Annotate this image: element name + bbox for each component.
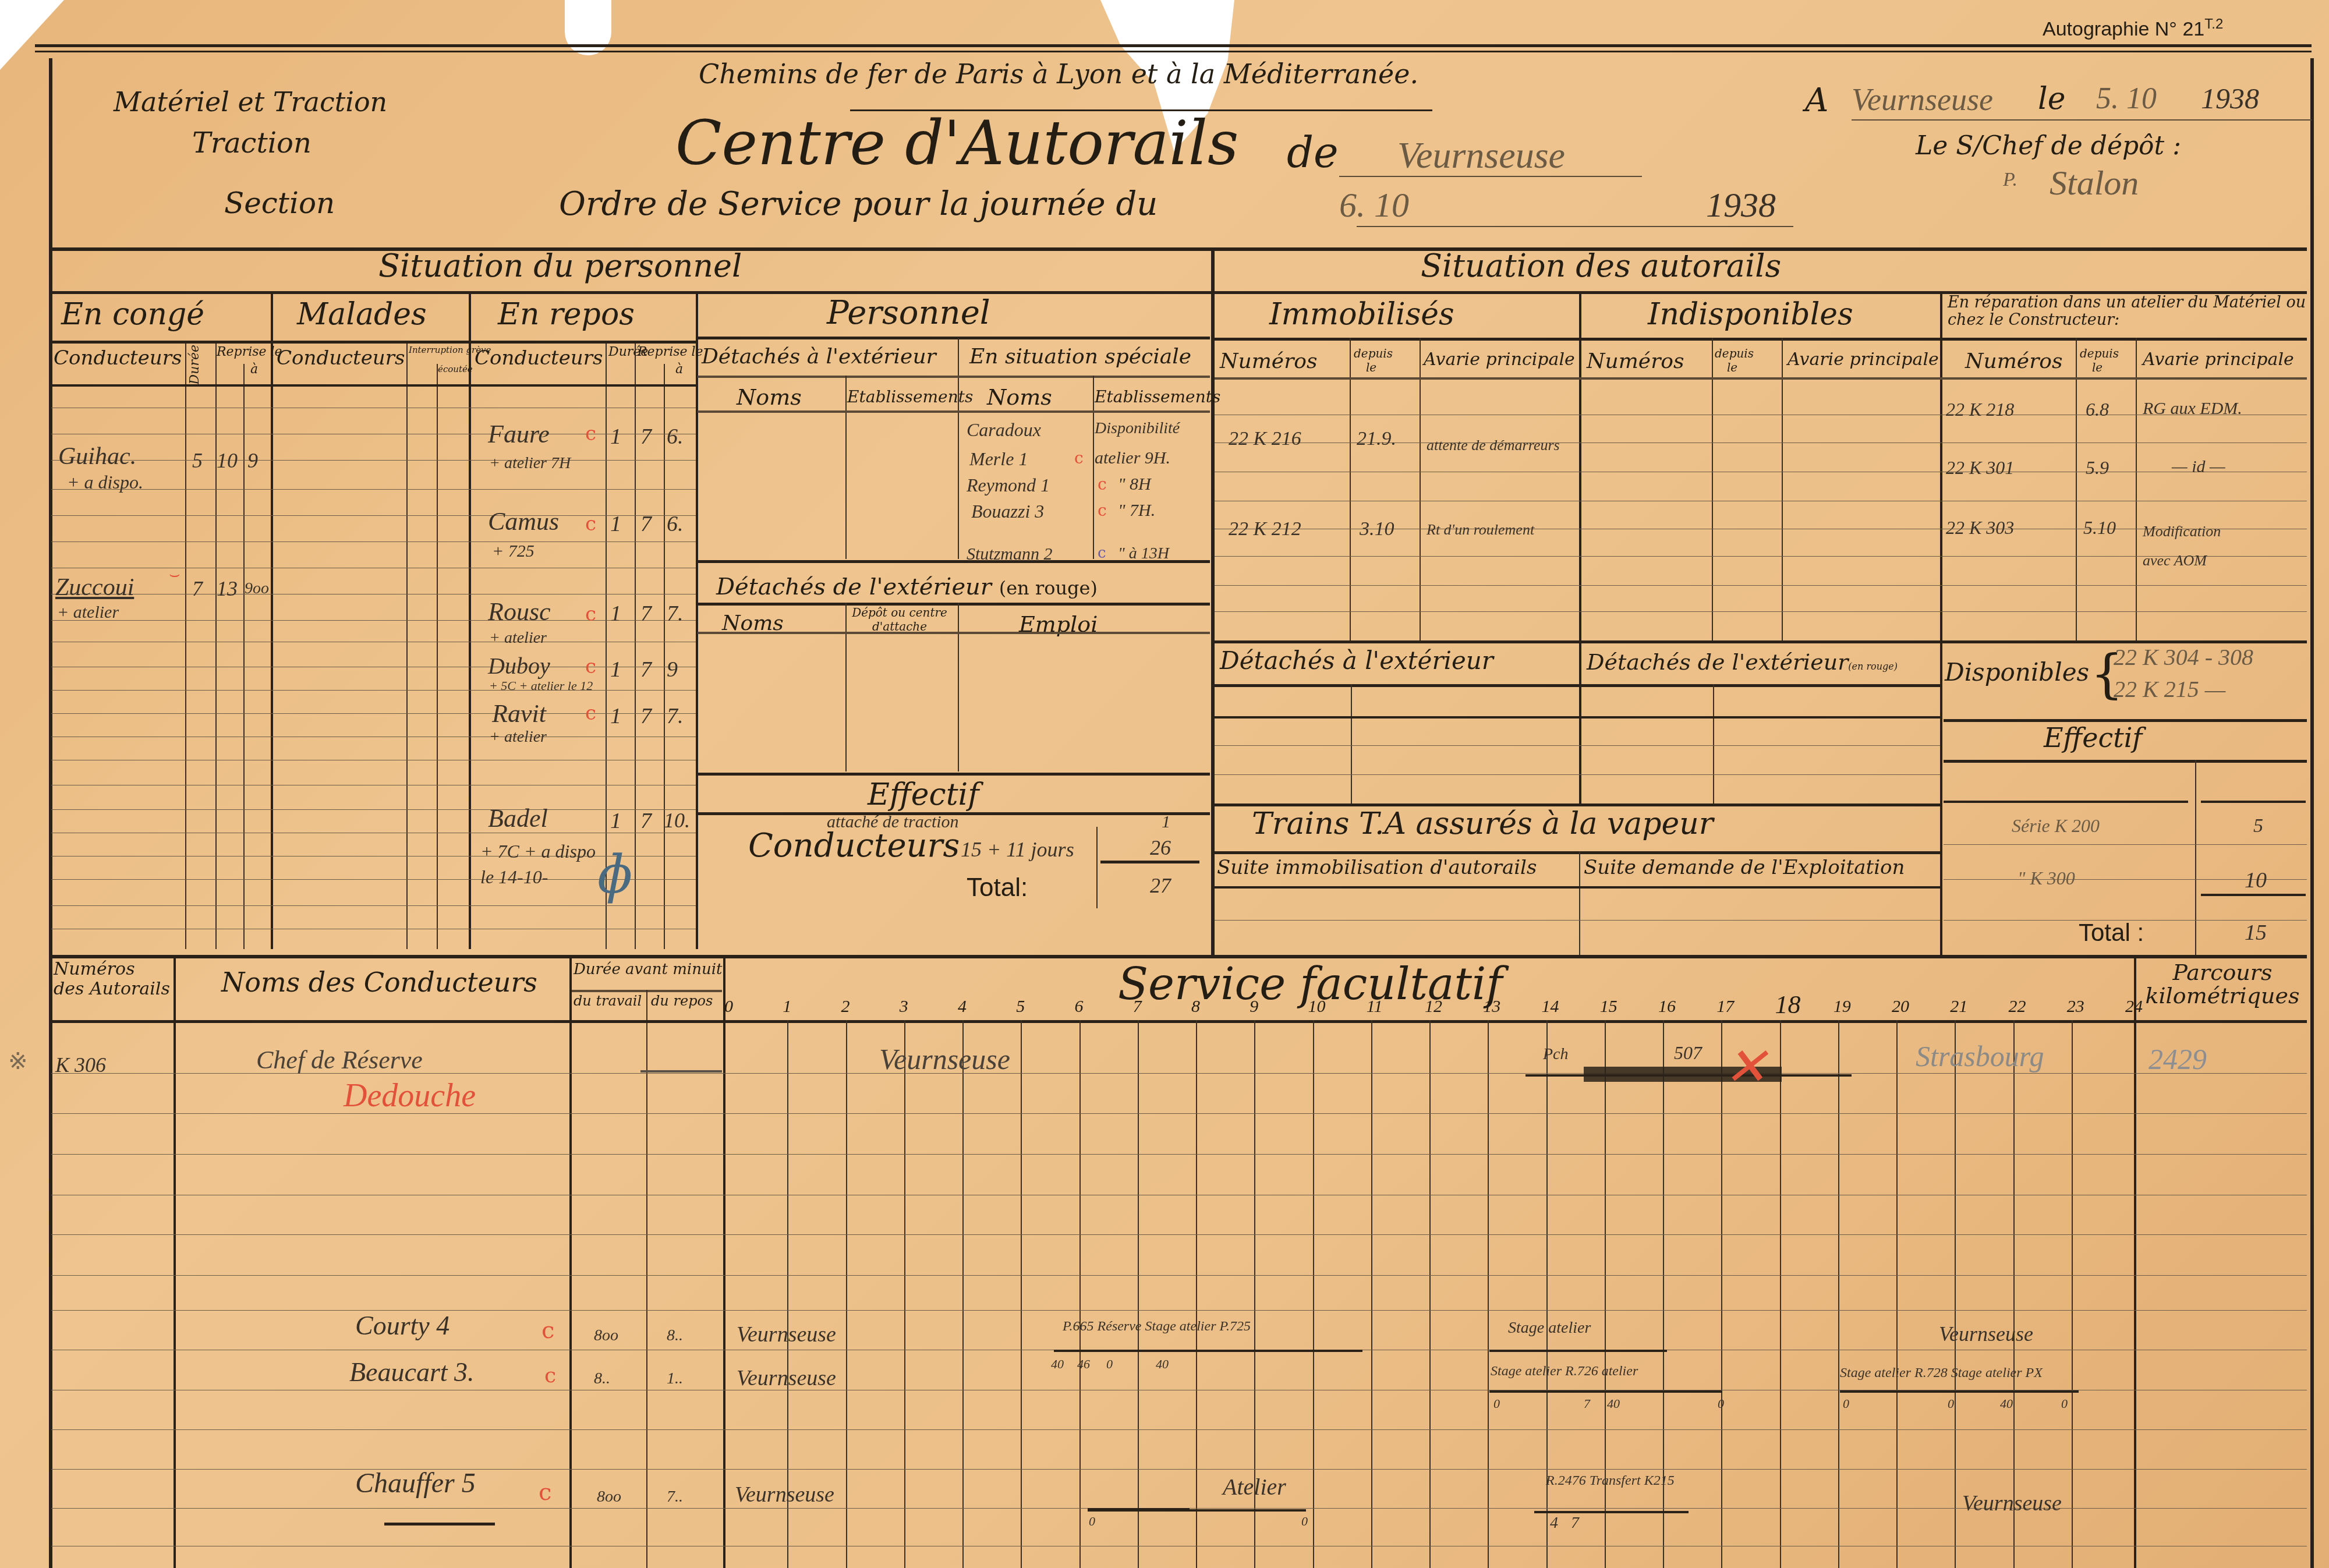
ruled-line [1215, 920, 1940, 921]
purple-check-mark: c [1098, 544, 1106, 562]
v-line [845, 376, 847, 559]
effectif-row-label: Série K 200 [2012, 815, 2100, 837]
indisponibles-title: Indisponibles [1648, 297, 1853, 332]
order-underline [1357, 226, 1793, 227]
ruled-line [51, 1275, 2307, 1276]
speciale-name: Bouazzi 3 [971, 501, 1044, 522]
red-cross-mark: ✕ [1723, 1036, 1767, 1098]
autographie-number: Autographie N° 21T.2 [2043, 16, 2223, 41]
v-line [958, 338, 959, 559]
autorails-detaches-a-title: Détachés à l'extérieur [1220, 646, 1493, 675]
effectif-total-value: 27 [1150, 873, 1171, 898]
ruled-line [51, 713, 696, 714]
speciale-etab: " 8H [1118, 475, 1151, 494]
hour-grid-line [1079, 1020, 1081, 1568]
v-line [437, 364, 438, 949]
hour-grid-line [1955, 1020, 1956, 1568]
conge-col-reprise: Reprise le [217, 345, 282, 359]
time-mark: 0 [1843, 1396, 1849, 1411]
red-check-mark: c [585, 512, 596, 536]
rule [698, 632, 1210, 634]
ruled-line [51, 620, 696, 621]
rule [1215, 886, 1940, 889]
ruled-line [51, 1195, 2307, 1195]
place-date-place: Veurnseuse [1852, 82, 1993, 118]
repos-duree: 1 [610, 808, 621, 834]
signatory-prefix: P. [2003, 169, 2017, 191]
v-line [723, 955, 725, 1568]
hour-tick-label: 10 [1308, 997, 1326, 1017]
service-name: Chauffer 5 [355, 1467, 476, 1499]
repos-reprise-le: 7 [640, 601, 652, 627]
rule [698, 560, 1210, 563]
rule [1944, 760, 2307, 763]
en-reparation-title: En réparation dans un atelier du Matérie… [1948, 294, 2309, 329]
time-mark: 0 [1106, 1357, 1113, 1372]
hour-tick-label: 7 [1133, 997, 1142, 1017]
v-line [406, 344, 408, 949]
immo-numero: 22 K 212 [1229, 518, 1301, 540]
ruled-line [51, 785, 696, 785]
hour-grid-line [2072, 1020, 2073, 1568]
v-line [2134, 958, 2136, 1568]
service-timeline-right: Veurnseuse [1962, 1491, 2062, 1516]
ruled-line [51, 1154, 2307, 1155]
service-name: Chef de Réserve [256, 1045, 423, 1075]
hour-grid-line [1313, 1020, 1314, 1568]
repos-name: Ravit [492, 699, 546, 728]
effectif-row-value: 5 [2253, 815, 2263, 837]
v-line [2076, 338, 2077, 640]
hour-grid-line [1196, 1020, 1197, 1568]
repos-col-conducteurs: Conducteurs [475, 346, 603, 370]
detaches-a-col-noms: Noms [737, 384, 802, 410]
red-check-mark: ⌣ [169, 565, 180, 585]
train-line [1088, 1509, 1306, 1512]
v-line [635, 344, 636, 949]
effectif-row-label: " K 300 [2017, 868, 2075, 889]
malades-col-ecoutee: écoutée [438, 364, 473, 374]
red-check-mark: c [1098, 475, 1107, 494]
v-line [1350, 338, 1351, 640]
hour-grid-line [1138, 1020, 1139, 1568]
repos-col-reprise: Reprise le [638, 345, 703, 359]
signatory-label: Le S/Chef de dépôt : [1916, 131, 2181, 161]
red-check-mark: c [539, 1479, 551, 1506]
hour-tick-label: 22 [2009, 997, 2026, 1017]
rule [1944, 801, 2188, 803]
ruled-line [1215, 585, 2307, 586]
repos-note: + 7C + a dispo le 14-10- [480, 838, 597, 890]
rule [1100, 861, 1199, 863]
effectif-conducteurs-label: Conducteurs [748, 827, 960, 865]
rule [698, 410, 1210, 413]
hour-tick-label: 4 [958, 997, 967, 1017]
speciale-col-noms: Noms [987, 384, 1052, 410]
ruled-line [51, 737, 696, 737]
en-conge-title: En congé [61, 297, 204, 332]
hour-tick-label: 0 [724, 997, 733, 1017]
hour-tick-label: 18 [1775, 990, 1801, 1020]
v-line [646, 990, 647, 1568]
v-line [243, 364, 245, 949]
service-timeline-right: Stage atelier R.728 Stage atelier PX [1840, 1365, 2043, 1381]
service-timeline-right: Strasbourg [1916, 1039, 2044, 1073]
header-rule-top [35, 44, 2312, 47]
red-check-mark: c [1074, 448, 1084, 468]
effectif-row-value: 10 [2245, 868, 2267, 893]
v-line [2136, 338, 2137, 640]
v-line [215, 344, 217, 949]
hour-tick-label: 12 [1425, 997, 1442, 1017]
hour-grid-line [904, 1020, 905, 1568]
repos-reprise-le: 7 [640, 424, 652, 449]
speciale-name: Caradoux [967, 419, 1041, 441]
service-timeline-mid: Stage atelier R.726 atelier [1491, 1364, 1638, 1379]
hour-grid-line [1780, 1020, 1781, 1568]
malades-col-conducteurs: Conducteurs [277, 346, 405, 370]
dept-line-3: Section [224, 186, 335, 220]
dept-line-1: Matériel et Traction [114, 86, 387, 118]
trains-vapeur-col2: Suite demande de l'Exploitation [1584, 856, 1905, 879]
hour-tick-label: 23 [2067, 997, 2084, 1017]
place-date-a: A [1805, 82, 1828, 119]
v-line [1351, 684, 1352, 804]
time-mark: 40 [1156, 1357, 1169, 1372]
repos-name: Rousc [488, 597, 551, 627]
hour-grid-line [962, 1020, 964, 1568]
hour-grid-line [1429, 1020, 1431, 1568]
malades-title: Malades [297, 297, 427, 332]
speciale-name: Reymond 1 [967, 475, 1050, 496]
conge-reprise-le: 10 [217, 448, 238, 473]
personnel-effectif-title: Effectif [868, 777, 979, 812]
service-parcours: 2429 [2149, 1042, 2207, 1076]
repar-avarie: RG aux EDM. [2143, 399, 2242, 419]
rule [698, 603, 1210, 606]
service-col-parcours: Parcours kilométriques [2138, 961, 2307, 1007]
repos-reprise-le: 7 [640, 511, 652, 537]
immo-numero: 22 K 216 [1229, 428, 1301, 450]
header-rule-top2 [35, 51, 2312, 52]
service-timeline-left: Veurnseuse [737, 1322, 836, 1347]
service-numero: K 306 [55, 1053, 106, 1077]
repos-name: Camus [488, 507, 559, 536]
time-mark: 0 [1089, 1514, 1095, 1529]
immo-col-depuis: depuis le [1354, 346, 1389, 374]
speciale-etab: Disponibilité [1095, 419, 1180, 438]
hour-tick-label: 1 [783, 997, 791, 1017]
repos-duree: 1 [610, 703, 621, 729]
hour-grid-line [1371, 1020, 1372, 1568]
repos-name: Faure [488, 419, 550, 449]
time-mark: 0 [1718, 1396, 1724, 1411]
rule [1215, 377, 2307, 380]
hour-grid-line [1021, 1020, 1022, 1568]
hour-tick-label: 20 [1892, 997, 1909, 1017]
service-repos: 1.. [667, 1369, 683, 1388]
ruled-line [51, 642, 696, 642]
service-col-duree-repos: du repos [651, 993, 713, 1009]
red-check-mark: c [585, 422, 596, 445]
repos-name: Duboy [488, 652, 550, 679]
ruled-line [51, 594, 696, 594]
rule [698, 337, 1210, 339]
train-line [1534, 1511, 1689, 1513]
hour-tick-label: 8 [1191, 997, 1200, 1017]
conge-note: + a dispo. [67, 472, 143, 493]
hour-tick-label: 14 [1542, 997, 1559, 1017]
red-check-mark: c [585, 603, 596, 626]
service-col-numeros: Numéros des Autorails [54, 960, 170, 999]
effectif-conducteurs-note: 15 + 11 jours [961, 837, 1074, 862]
ruled-line [51, 541, 696, 542]
repos-duree: 1 [610, 657, 621, 682]
rule [2201, 894, 2306, 896]
conge-col-conducteurs: Conducteurs [54, 346, 182, 370]
repar-numero: 22 K 218 [1946, 399, 2014, 420]
autorails-effectif-title: Effectif [2044, 722, 2142, 753]
autorails-effectif-total-label: Total : [2079, 919, 2144, 947]
repos-reprise-a: 6. [667, 511, 684, 537]
service-name: Courty 4 [355, 1310, 449, 1341]
immo-avarie: Rt d'un roulement [1427, 521, 1534, 539]
ruled-line [51, 489, 696, 490]
conge-note: + atelier [57, 603, 119, 622]
time-mark: 46 [1077, 1357, 1090, 1372]
time-mark: 0 [1301, 1514, 1308, 1529]
v-line [1782, 338, 1783, 640]
detaches-a-col-etab: Etablissements [847, 387, 973, 406]
immo-depuis: 3.10 [1360, 518, 1394, 540]
repar-numero: 22 K 301 [1946, 457, 2014, 479]
hour-tick-label: 15 [1600, 997, 1617, 1017]
situation-speciale-title: En situation spéciale [969, 345, 1191, 369]
ruled-line [51, 905, 696, 906]
immobilises-title: Immobilisés [1269, 297, 1454, 332]
ruled-line [51, 1234, 2307, 1235]
repos-duree: 1 [610, 424, 621, 449]
v-line [1713, 684, 1714, 804]
repos-reprise-le: 7 [640, 703, 652, 729]
dept-line-2: Traction [192, 127, 312, 160]
v-line [1579, 851, 1580, 956]
v-line [174, 955, 176, 1568]
service-timeline-mid: P.665 Réserve Stage atelier P.725 [1063, 1319, 1251, 1335]
time-mark: 0 [1948, 1396, 1954, 1411]
hour-grid-line [1838, 1020, 1839, 1568]
red-check-mark: c [585, 655, 596, 678]
v-line [569, 955, 572, 1568]
red-check-mark: c [585, 702, 596, 725]
railway-company: Chemins de fer de Paris à Lyon et à la M… [699, 58, 1418, 90]
order-label: Ordre de Service pour la journée du [559, 185, 1158, 223]
hour-tick-label: 24 [2125, 997, 2143, 1017]
speciale-etab: atelier 9H. [1095, 448, 1170, 468]
v-line [185, 344, 186, 949]
hour-tick-label: 5 [1016, 997, 1025, 1017]
personnel-section-title: Situation du personnel [378, 247, 742, 284]
repos-reprise-a: 7. [667, 601, 684, 627]
page-title: Centre d'Autorails [675, 108, 1238, 179]
place-date-year: 1938 [2201, 82, 2259, 115]
conge-reprise-le: 13 [217, 576, 238, 601]
group-header-rule [51, 341, 696, 344]
subheader-rule [51, 384, 696, 387]
hour-grid-line [1488, 1020, 1489, 1568]
v-repos-personnel [696, 291, 698, 949]
service-timeline-mid: Pch [1543, 1045, 1569, 1064]
conge-col-a: à [250, 362, 258, 377]
repar-numero: 22 K 303 [1946, 517, 2014, 539]
service-timeline-note: R.2476 Transfert K215 [1546, 1473, 1675, 1489]
place-date-underline [1852, 119, 2312, 121]
conge-duree: 5 [192, 448, 203, 473]
v-immo-indispo [1579, 291, 1581, 804]
time-mark: 0 [2061, 1396, 2068, 1411]
v-indispo-repar [1940, 291, 1942, 958]
v-line [1712, 338, 1713, 640]
service-col-duree: Durée avant minuit [574, 961, 722, 978]
personnel-box-title: Personnel [827, 294, 990, 332]
repar-col-numeros: Numéros [1965, 349, 2062, 373]
repos-note: + atelier [489, 728, 547, 746]
indispo-col-depuis: depuis le [1715, 346, 1750, 374]
effectif-conducteurs-value: 26 [1150, 836, 1171, 860]
time-mark: 7 [1571, 1514, 1579, 1532]
red-check-mark: c [541, 1317, 554, 1344]
v-line [664, 364, 665, 949]
repos-col-a: à [675, 362, 683, 377]
autorails-section-title: Situation des autorails [1421, 247, 1781, 284]
margin-asterisk-icon: ※ [8, 1048, 28, 1075]
repos-note: + 5C + atelier le 12 [489, 678, 593, 693]
ruled-line [51, 760, 696, 760]
rule [698, 376, 1210, 378]
service-train-number: 507 [1674, 1042, 1702, 1064]
service-timeline-left: Veurnseuse [879, 1042, 1010, 1076]
train-line [1489, 1350, 1667, 1352]
repos-reprise-le: 7 [640, 808, 652, 834]
conge-reprise-a: 9 [247, 448, 258, 473]
red-check-mark: c [544, 1364, 556, 1388]
title-place-label: de [1287, 128, 1339, 177]
repar-avarie: — id — [2172, 457, 2225, 477]
service-timeline-left: Veurnseuse [735, 1482, 834, 1507]
conge-reprise-a: 9oo [245, 579, 269, 598]
service-travail: 8.. [594, 1369, 610, 1388]
service-header-rule [51, 1020, 2307, 1023]
ruled-line [1215, 501, 2307, 501]
hour-tick-label: 16 [1658, 997, 1676, 1017]
ruled-line [51, 1429, 2307, 1430]
effectif-attache-value: 1 [1162, 812, 1170, 832]
hour-tick-label: 19 [1834, 997, 1851, 1017]
hour-grid-line [846, 1020, 847, 1568]
speciale-col-etab: Etablissements [1095, 387, 1220, 406]
rule [1215, 851, 1940, 854]
order-date: 6. 10 [1339, 185, 1409, 225]
service-col-noms: Noms des Conducteurs [221, 967, 537, 998]
repos-reprise-a: 10. [664, 808, 690, 833]
time-mark: 7 [1584, 1396, 1590, 1411]
rule [1215, 716, 1940, 718]
repos-note: + 725 [492, 541, 535, 561]
repos-reprise-le: 7 [640, 657, 652, 682]
repar-depuis: 5.9 [2086, 457, 2109, 479]
time-mark: 4 [1550, 1514, 1558, 1532]
repos-note: + atelier 7H [489, 454, 571, 473]
repos-reprise-a: 6. [667, 424, 684, 449]
repar-avarie: Modification avec AOM [2143, 517, 2247, 575]
repos-reprise-a: 7. [667, 703, 684, 729]
rule [1215, 338, 2307, 341]
v-line [958, 603, 959, 771]
hour-grid-line [1896, 1020, 1898, 1568]
service-timeline-left: Veurnseuse [737, 1365, 836, 1391]
autorails-effectif-total-value: 15 [2245, 920, 2267, 946]
conge-name: Guihac. [58, 443, 136, 470]
repar-col-depuis: depuis le [2080, 346, 2115, 374]
red-check-mark: c [1098, 501, 1107, 520]
disponibles-line2: 22 K 215 — [2114, 675, 2225, 703]
effectif-total-label: Total: [967, 873, 1028, 902]
ruled-line [51, 929, 696, 929]
hour-tick-label: 3 [900, 997, 908, 1017]
service-repos: 7.. [667, 1488, 683, 1506]
speciale-etab: " 7H. [1118, 501, 1155, 521]
service-travail: 8oo [594, 1326, 618, 1345]
v-line [2195, 760, 2196, 958]
time-mark: 40 [1051, 1357, 1064, 1372]
ruled-line [1215, 611, 2307, 612]
service-timeline-right2: Veurnseuse [1939, 1322, 2033, 1346]
service-travail: 8oo [597, 1488, 621, 1506]
hour-tick-label: 11 [1367, 997, 1383, 1017]
disponibles-line1: 22 K 304 - 308 [2114, 643, 2253, 671]
dash [640, 1070, 722, 1073]
service-name-red: Dedouche [344, 1077, 476, 1114]
conge-name: Zuccoui [55, 574, 134, 601]
ruled-line [51, 833, 696, 833]
immo-depuis: 21.9. [1357, 428, 1396, 450]
ruled-line [51, 408, 696, 408]
detaches-a-title: Détachés à l'extérieur [702, 345, 936, 369]
hour-tick-label: 17 [1716, 997, 1734, 1017]
indispo-col-avarie: Avarie principale [1788, 349, 1939, 370]
repos-duree: 1 [610, 601, 621, 627]
hour-grid-line [1721, 1020, 1722, 1568]
hour-tick-label: 9 [1250, 997, 1258, 1017]
rule [698, 773, 1210, 776]
repos-duree: 1 [610, 511, 621, 537]
hour-tick-label: 6 [1075, 997, 1084, 1017]
v-line [845, 603, 847, 771]
ruled-line [51, 1546, 2307, 1546]
ruled-line [51, 460, 696, 461]
hour-tick-label: 21 [1950, 997, 1967, 1017]
ruled-line [1215, 745, 1940, 746]
repar-depuis: 5.10 [2083, 517, 2116, 539]
place-date-le: le [2038, 82, 2065, 116]
order-year: 1938 [1706, 185, 1776, 225]
train-line [1840, 1390, 2079, 1393]
conge-duree: 7 [192, 576, 203, 601]
ruled-line [1944, 844, 2307, 845]
detaches-de-col-depot: Dépôt ou centre d'attache [847, 606, 952, 633]
repar-col-avarie: Avarie principale [2143, 349, 2294, 370]
ruled-line [1215, 472, 2307, 472]
